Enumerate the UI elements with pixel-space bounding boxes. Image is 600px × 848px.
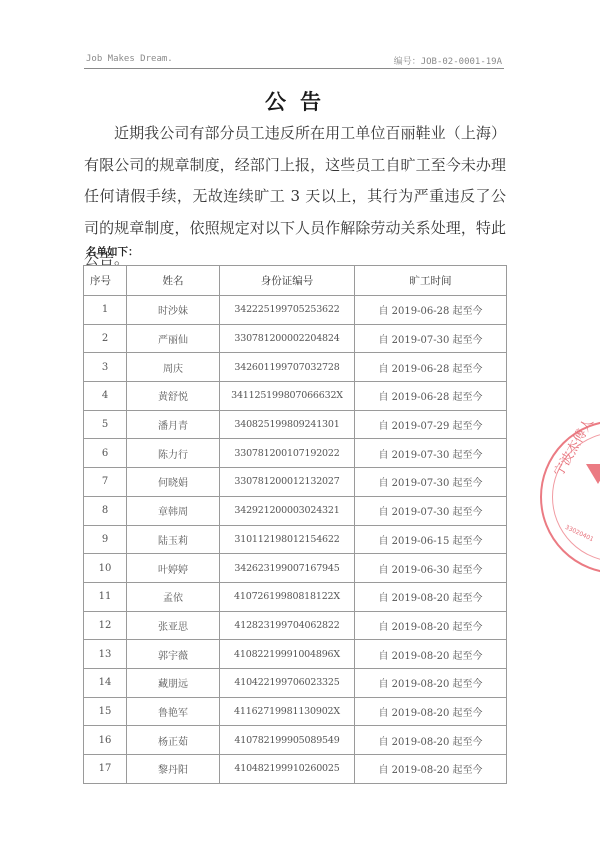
id-number: 41162719981130902X [220, 697, 355, 726]
employee-name: 何晓娟 [127, 468, 220, 497]
employee-name: 杨正茹 [127, 726, 220, 755]
row-number: 13 [84, 640, 127, 669]
row-number: 15 [84, 697, 127, 726]
table-row: 7何晓娟330781200012132027自 2019-07-30 起至今 [84, 468, 507, 497]
id-number: 342225199705253622 [220, 296, 355, 325]
row-number: 5 [84, 410, 127, 439]
announcement-body: 近期我公司有部分员工违反所在用工单位百丽鞋业（上海）有限公司的规章制度，经部门上… [84, 118, 506, 276]
absence-period: 自 2019-06-15 起至今 [355, 525, 507, 554]
absence-period: 自 2019-07-30 起至今 [355, 324, 507, 353]
row-number: 4 [84, 382, 127, 411]
id-number: 412823199704062822 [220, 611, 355, 640]
row-number: 1 [84, 296, 127, 325]
table-row: 15鲁艳军41162719981130902X自 2019-08-20 起至今 [84, 697, 507, 726]
absence-period: 自 2019-08-20 起至今 [355, 755, 507, 784]
table-row: 10叶婷婷342623199007167945自 2019-06-30 起至今 [84, 554, 507, 583]
employee-name: 陆玉莉 [127, 525, 220, 554]
employee-table: 序号 姓名 身份证编号 旷工时间 1时沙妹342225199705253622自… [83, 265, 507, 784]
seal-star-icon [586, 464, 600, 484]
table-header-row: 序号 姓名 身份证编号 旷工时间 [84, 266, 507, 296]
absence-period: 自 2019-06-28 起至今 [355, 296, 507, 325]
list-label: 名单如下： [86, 244, 139, 259]
table-row: 14藏朋远410422199706023325自 2019-08-20 起至今 [84, 668, 507, 697]
row-number: 6 [84, 439, 127, 468]
row-number: 7 [84, 468, 127, 497]
id-number: 41082219991004896X [220, 640, 355, 669]
employee-name: 章韩周 [127, 496, 220, 525]
company-seal: 宁波杰傅人 33020401 [540, 420, 600, 574]
absence-period: 自 2019-07-29 起至今 [355, 410, 507, 439]
employee-name: 郭宇薇 [127, 640, 220, 669]
page-header: Job Makes Dream. 编号：JOB-02-0001-19A [84, 52, 504, 69]
table-row: 1时沙妹342225199705253622自 2019-06-28 起至今 [84, 296, 507, 325]
row-number: 10 [84, 554, 127, 583]
table-body: 1时沙妹342225199705253622自 2019-06-28 起至今2严… [84, 296, 507, 784]
column-header-absent: 旷工时间 [355, 266, 507, 296]
id-number: 330781200002204824 [220, 324, 355, 353]
employee-name: 时沙妹 [127, 296, 220, 325]
row-number: 11 [84, 582, 127, 611]
table-row: 3周庆342601199707032728自 2019-06-28 起至今 [84, 353, 507, 382]
id-number: 342921200003024321 [220, 496, 355, 525]
id-number: 410782199905089549 [220, 726, 355, 755]
table-row: 9陆玉莉310112198012154622自 2019-06-15 起至今 [84, 525, 507, 554]
employee-name: 叶婷婷 [127, 554, 220, 583]
absence-period: 自 2019-07-30 起至今 [355, 496, 507, 525]
column-header-id: 身份证编号 [220, 266, 355, 296]
absence-period: 自 2019-08-20 起至今 [355, 611, 507, 640]
employee-name: 黄舒悦 [127, 382, 220, 411]
column-header-name: 姓名 [127, 266, 220, 296]
row-number: 16 [84, 726, 127, 755]
row-number: 3 [84, 353, 127, 382]
page-title: 公告 [0, 86, 600, 116]
id-number: 330781200107192022 [220, 439, 355, 468]
row-number: 17 [84, 755, 127, 784]
absence-period: 自 2019-07-30 起至今 [355, 468, 507, 497]
row-number: 12 [84, 611, 127, 640]
employee-name: 鲁艳军 [127, 697, 220, 726]
absence-period: 自 2019-06-28 起至今 [355, 353, 507, 382]
id-number: 341125199807066632X [220, 382, 355, 411]
id-number: 41072619980818122X [220, 582, 355, 611]
id-number: 342601199707032728 [220, 353, 355, 382]
row-number: 8 [84, 496, 127, 525]
id-number: 310112198012154622 [220, 525, 355, 554]
id-number: 342623199007167945 [220, 554, 355, 583]
absence-period: 自 2019-06-28 起至今 [355, 382, 507, 411]
id-number: 410422199706023325 [220, 668, 355, 697]
id-number: 410482199910260025 [220, 755, 355, 784]
absence-period: 自 2019-08-20 起至今 [355, 726, 507, 755]
document-number: 编号：JOB-02-0001-19A [394, 54, 502, 67]
id-number: 330781200012132027 [220, 468, 355, 497]
table-row: 16杨正茹410782199905089549自 2019-08-20 起至今 [84, 726, 507, 755]
table-row: 11孟依41072619980818122X自 2019-08-20 起至今 [84, 582, 507, 611]
absence-period: 自 2019-08-20 起至今 [355, 668, 507, 697]
employee-name: 藏朋远 [127, 668, 220, 697]
employee-name: 陈力行 [127, 439, 220, 468]
employee-name: 孟依 [127, 582, 220, 611]
employee-name: 黎丹阳 [127, 755, 220, 784]
table-row: 6陈力行330781200107192022自 2019-07-30 起至今 [84, 439, 507, 468]
absence-period: 自 2019-07-30 起至今 [355, 439, 507, 468]
table-row: 13郭宇薇41082219991004896X自 2019-08-20 起至今 [84, 640, 507, 669]
id-number: 340825199809241301 [220, 410, 355, 439]
employee-name: 严丽仙 [127, 324, 220, 353]
employee-name: 潘月青 [127, 410, 220, 439]
employee-name: 周庆 [127, 353, 220, 382]
table-row: 17黎丹阳410482199910260025自 2019-08-20 起至今 [84, 755, 507, 784]
table-row: 12张亚思412823199704062822自 2019-08-20 起至今 [84, 611, 507, 640]
column-header-no: 序号 [84, 266, 127, 296]
absence-period: 自 2019-06-30 起至今 [355, 554, 507, 583]
table-row: 4黄舒悦341125199807066632X自 2019-06-28 起至今 [84, 382, 507, 411]
employee-name: 张亚思 [127, 611, 220, 640]
table-row: 5潘月青340825199809241301自 2019-07-29 起至今 [84, 410, 507, 439]
table-row: 8章韩周342921200003024321自 2019-07-30 起至今 [84, 496, 507, 525]
row-number: 14 [84, 668, 127, 697]
header-slogan: Job Makes Dream. [86, 54, 173, 64]
absence-period: 自 2019-08-20 起至今 [355, 640, 507, 669]
table-row: 2严丽仙330781200002204824自 2019-07-30 起至今 [84, 324, 507, 353]
row-number: 9 [84, 525, 127, 554]
absence-period: 自 2019-08-20 起至今 [355, 697, 507, 726]
row-number: 2 [84, 324, 127, 353]
absence-period: 自 2019-08-20 起至今 [355, 582, 507, 611]
